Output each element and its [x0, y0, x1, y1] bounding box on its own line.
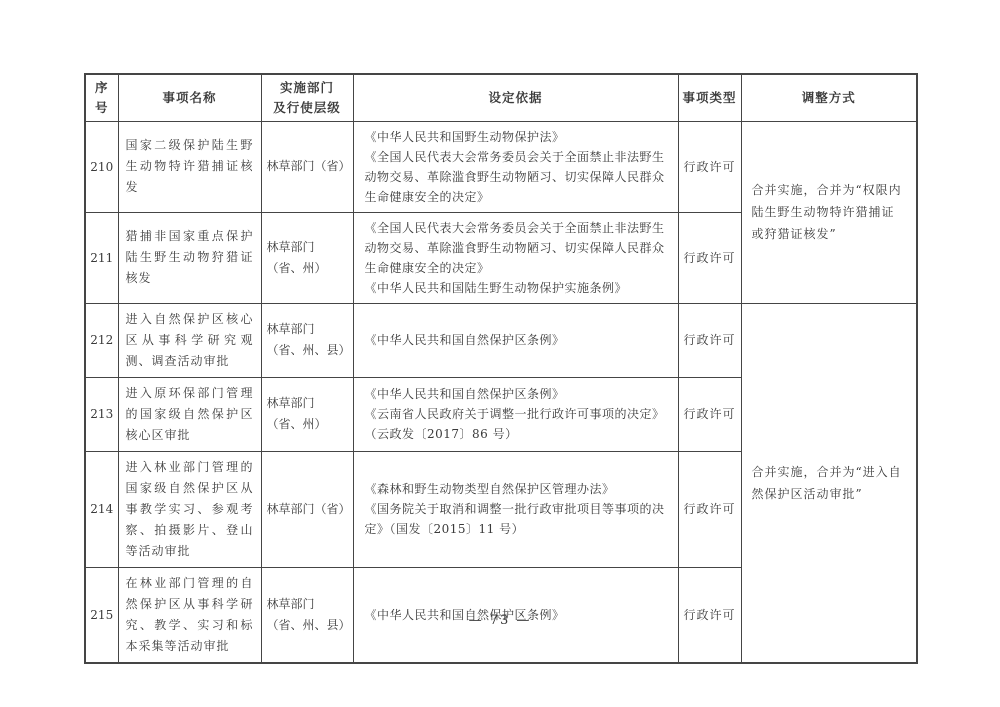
row-index: 211 — [85, 212, 118, 303]
item-adjustment-merged: 合并实施，合并为“权限内陆生野生动物特许猎捕证或狩猎证核发” — [741, 121, 917, 303]
table-header-row: 序 号 事项名称 实施部门 及行使层级 设定依据 事项类型 调整方式 — [85, 74, 917, 121]
item-department: 林草部门（省、州、县） — [261, 303, 353, 377]
item-name: 猎捕非国家重点保护陆生野生动物狩猎证核发 — [118, 212, 261, 303]
item-adjustment-merged: 合并实施，合并为“进入自然保护区活动审批” — [741, 303, 917, 663]
item-basis: 《全国人民代表大会常务委员会关于全面禁止非法野生动物交易、革除滥食野生动物陋习、… — [353, 212, 678, 303]
table-row: 210 国家二级保护陆生野生动物特许猎捕证核发 林草部门（省） 《中华人民共和国… — [85, 121, 917, 212]
item-type: 行政许可 — [678, 121, 741, 212]
item-department: 林草部门（省、州） — [261, 377, 353, 451]
item-basis: 《中华人民共和国野生动物保护法》 《全国人民代表大会常务委员会关于全面禁止非法野… — [353, 121, 678, 212]
item-type: 行政许可 — [678, 303, 741, 377]
approval-items-table: 序 号 事项名称 实施部门 及行使层级 设定依据 事项类型 调整方式 210 国… — [84, 73, 918, 664]
item-name: 国家二级保护陆生野生动物特许猎捕证核发 — [118, 121, 261, 212]
item-type: 行政许可 — [678, 377, 741, 451]
table-row: 212 进入自然保护区核心区从事科学研究观测、调查活动审批 林草部门（省、州、县… — [85, 303, 917, 377]
document-page: 序 号 事项名称 实施部门 及行使层级 设定依据 事项类型 调整方式 210 国… — [0, 0, 1000, 707]
item-type: 行政许可 — [678, 212, 741, 303]
item-basis: 《中华人民共和国自然保护区条例》 — [353, 303, 678, 377]
header-department: 实施部门 及行使层级 — [261, 74, 353, 121]
item-name: 进入林业部门管理的国家级自然保护区从事教学实习、参观考察、拍摄影片、登山等活动审… — [118, 451, 261, 567]
row-index: 212 — [85, 303, 118, 377]
header-basis: 设定依据 — [353, 74, 678, 121]
header-item-type: 事项类型 — [678, 74, 741, 121]
page-number: — 73 — — [0, 613, 1000, 628]
item-department: 林草部门（省） — [261, 121, 353, 212]
item-basis: 《中华人民共和国自然保护区条例》 《云南省人民政府关于调整一批行政许可事项的决定… — [353, 377, 678, 451]
row-index: 213 — [85, 377, 118, 451]
item-name: 进入原环保部门管理的国家级自然保护区核心区审批 — [118, 377, 261, 451]
item-basis: 《森林和野生动物类型自然保护区管理办法》 《国务院关于取消和调整一批行政审批项目… — [353, 451, 678, 567]
item-department: 林草部门（省） — [261, 451, 353, 567]
item-department: 林草部门（省、州） — [261, 212, 353, 303]
header-item-name: 事项名称 — [118, 74, 261, 121]
header-index: 序 号 — [85, 74, 118, 121]
row-index: 210 — [85, 121, 118, 212]
item-type: 行政许可 — [678, 451, 741, 567]
header-adjustment: 调整方式 — [741, 74, 917, 121]
item-name: 进入自然保护区核心区从事科学研究观测、调查活动审批 — [118, 303, 261, 377]
row-index: 214 — [85, 451, 118, 567]
